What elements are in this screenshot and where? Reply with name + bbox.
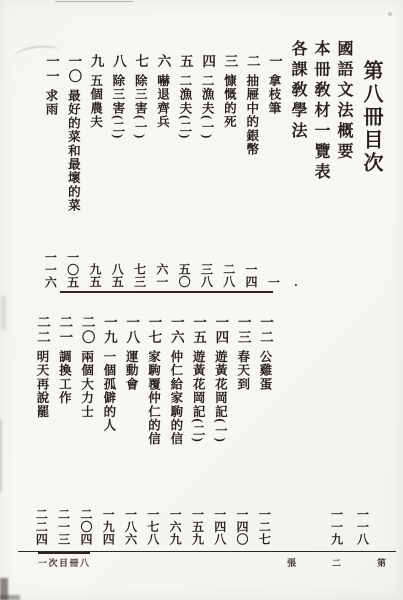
- lesson-page-number: 二八: [221, 263, 236, 288]
- lesson-entry: 二二明天再說罷二二四: [30, 300, 52, 600]
- lesson-title: 仲仁給家駒的信: [169, 350, 183, 446]
- lesson-number: 七: [133, 54, 148, 69]
- lesson-title: 兩個大力士: [80, 350, 94, 419]
- lesson-title: 一個孤僻的人: [102, 350, 116, 432]
- lesson-page-number: 一四: [243, 263, 258, 288]
- footer-page-label: 一次目冊八: [38, 556, 91, 569]
- lesson-page-number: 五〇: [176, 263, 191, 288]
- lesson-entry: 一一求雨一一六: [39, 0, 61, 300]
- lesson-entry: 一四遊黃花岡記(一)一四八: [208, 300, 230, 600]
- lesson-number: 一: [267, 54, 282, 69]
- lesson-page-number: 一二七: [256, 508, 271, 546]
- lesson-title: 遊黃花岡記(二): [191, 350, 205, 443]
- lesson-title: 春天到: [236, 350, 250, 391]
- lesson-number: 一二: [258, 315, 273, 345]
- lesson-page-number: 一七八: [145, 508, 160, 546]
- lesson-title: 明天再說罷: [35, 350, 49, 419]
- toc-upper-section: 第八冊目次 國語文法概要 本冊敎材一覽表 各課敎學法· 一拿枝筆一 二抽屜中的銀…: [0, 0, 403, 300]
- lesson-title: 嚇退齊兵: [156, 74, 170, 129]
- lower-columns: 一一八 一一九 一二公雞蛋一二七 一三春天到一四〇 一四遊黃花岡記(一)一四八 …: [0, 300, 403, 600]
- front-matter-title: 各課敎學法: [289, 40, 306, 143]
- lesson-page-number: 八五: [109, 263, 124, 288]
- lesson-entry: 一拿枝筆一: [262, 0, 284, 300]
- lesson-page-number: 一六九: [167, 508, 182, 546]
- lesson-entry: 二一調換工作二一三: [52, 300, 74, 600]
- footer-sheet-mark: 張二第: [287, 556, 403, 569]
- lesson-entry: 六嚇退齊兵六一: [150, 0, 172, 300]
- lesson-page-number: 一〇五: [65, 251, 80, 289]
- orphan-page-number: 一一九: [329, 508, 344, 546]
- lesson-entry: 一六仲仁給家駒的信一六九: [164, 300, 186, 600]
- lesson-entry: 一九一個孤僻的人一九四: [97, 300, 119, 600]
- lesson-title: 二漁夫(二): [178, 74, 192, 140]
- lesson-number: 二一: [57, 315, 72, 345]
- lesson-entry: 一三春天到一四〇: [230, 300, 252, 600]
- lesson-title: 除三害(一): [133, 74, 147, 140]
- lesson-entry: 八除三害(二)八五: [106, 0, 128, 300]
- lesson-page-number: 一八六: [123, 508, 138, 546]
- lesson-title: 求雨: [44, 89, 58, 116]
- front-matter-title: 國語文法概要: [335, 40, 352, 163]
- lesson-number: 四: [200, 54, 215, 69]
- orphan-page-number: 一一八: [355, 508, 370, 546]
- orphan-page-entry: 一一九: [323, 300, 349, 600]
- front-matter-entry: 本冊敎材一覽表: [307, 0, 330, 300]
- lesson-entry: 一二公雞蛋一二七: [253, 300, 275, 600]
- lesson-page-number: 一: [265, 276, 280, 289]
- lesson-number: 一八: [124, 315, 139, 345]
- lesson-page-number: 二二四: [33, 508, 48, 546]
- front-matter-entry: 國語文法概要: [330, 0, 353, 300]
- upper-columns: 第八冊目次 國語文法概要 本冊敎材一覽表 各課敎學法· 一拿枝筆一 二抽屜中的銀…: [0, 0, 403, 300]
- lesson-title: 調換工作: [57, 350, 71, 405]
- lesson-page-number: 一五九: [189, 508, 204, 546]
- footer-rule: [38, 552, 90, 554]
- lesson-entry: 七除三害(一)七三: [128, 0, 150, 300]
- lesson-title: 慷慨的死: [222, 74, 236, 129]
- lesson-number: 一六: [169, 315, 184, 345]
- lesson-title: 家駒覆仲仁的信: [147, 350, 161, 446]
- lesson-page-number: 六一: [154, 263, 169, 288]
- lesson-number: 八: [111, 54, 126, 69]
- lesson-page-number: 三八: [198, 263, 213, 288]
- lesson-entry: 九五個農夫九五: [83, 0, 105, 300]
- lesson-title: 二漁夫(一): [200, 74, 214, 140]
- lesson-number: 一七: [147, 315, 162, 345]
- lesson-number: 六: [156, 54, 171, 69]
- scanned-toc-page: 第八冊目次 國語文法概要 本冊敎材一覽表 各課敎學法· 一拿枝筆一 二抽屜中的銀…: [0, 0, 403, 600]
- lesson-title: 遊黃花岡記(一): [213, 350, 227, 443]
- lesson-entry: 一五遊黃花岡記(二)一五九: [186, 300, 208, 600]
- lesson-number: 一五: [191, 315, 206, 345]
- lesson-title: 拿枝筆: [267, 74, 281, 115]
- lesson-page-number: 一一六: [42, 251, 57, 289]
- lesson-entry: 五二漁夫(二)五〇: [173, 0, 195, 300]
- lesson-page-number: 七三: [132, 263, 147, 288]
- lesson-entry: 一〇最好的菜和最壞的菜一〇五: [61, 0, 83, 300]
- lesson-page-number: 二〇四: [78, 508, 93, 546]
- lesson-number: 九: [89, 54, 104, 69]
- orphan-page-entry: 一一八: [349, 300, 375, 600]
- lesson-title: 五個農夫: [89, 74, 103, 129]
- lesson-number: 一一: [44, 54, 59, 84]
- lesson-page-number: 一九四: [100, 508, 115, 546]
- lesson-number: 二二: [35, 315, 50, 345]
- lesson-number: 一三: [236, 315, 251, 345]
- lesson-entry: 三慷慨的死二八: [217, 0, 239, 300]
- upper-page-numbers-rule: [60, 291, 273, 293]
- front-matter-entry: 各課敎學法·: [284, 0, 307, 300]
- lesson-entry: 四二漁夫(一)三八: [195, 0, 217, 300]
- lesson-number: 一九: [102, 315, 117, 345]
- lesson-entry: 二〇兩個大力士二〇四: [74, 300, 96, 600]
- toc-lower-section: 一一八 一一九 一二公雞蛋一二七 一三春天到一四〇 一四遊黃花岡記(一)一四八 …: [0, 300, 403, 600]
- lesson-title: 運動會: [124, 350, 138, 391]
- lesson-title: 最好的菜和最壞的菜: [66, 89, 80, 212]
- lesson-title: 抽屜中的銀幣: [245, 74, 259, 156]
- volume-title: 第八冊目次: [359, 0, 383, 300]
- column-gap: [275, 300, 323, 600]
- lesson-number: 二〇: [80, 315, 95, 345]
- lesson-entry: 一七家駒覆仲仁的信一七八: [141, 300, 163, 600]
- lesson-number: 三: [222, 54, 237, 69]
- front-matter-page-number: ·: [288, 283, 303, 288]
- lesson-page-number: 二一三: [56, 508, 71, 546]
- lesson-number: 五: [178, 54, 193, 69]
- lesson-title: 公雞蛋: [258, 350, 272, 391]
- lesson-page-number: 一四〇: [234, 508, 249, 546]
- lesson-title: 除三害(二): [111, 74, 125, 140]
- lesson-number: 一〇: [66, 54, 81, 84]
- lesson-number: 二: [245, 54, 260, 69]
- lesson-entry: 二抽屜中的銀幣一四: [239, 0, 261, 300]
- lesson-entry: 一八運動會一八六: [119, 300, 141, 600]
- lesson-page-number: 一四八: [212, 508, 227, 546]
- lesson-page-number: 九五: [87, 263, 102, 288]
- lesson-number: 一四: [213, 315, 228, 345]
- front-matter-title: 本冊敎材一覽表: [312, 40, 329, 184]
